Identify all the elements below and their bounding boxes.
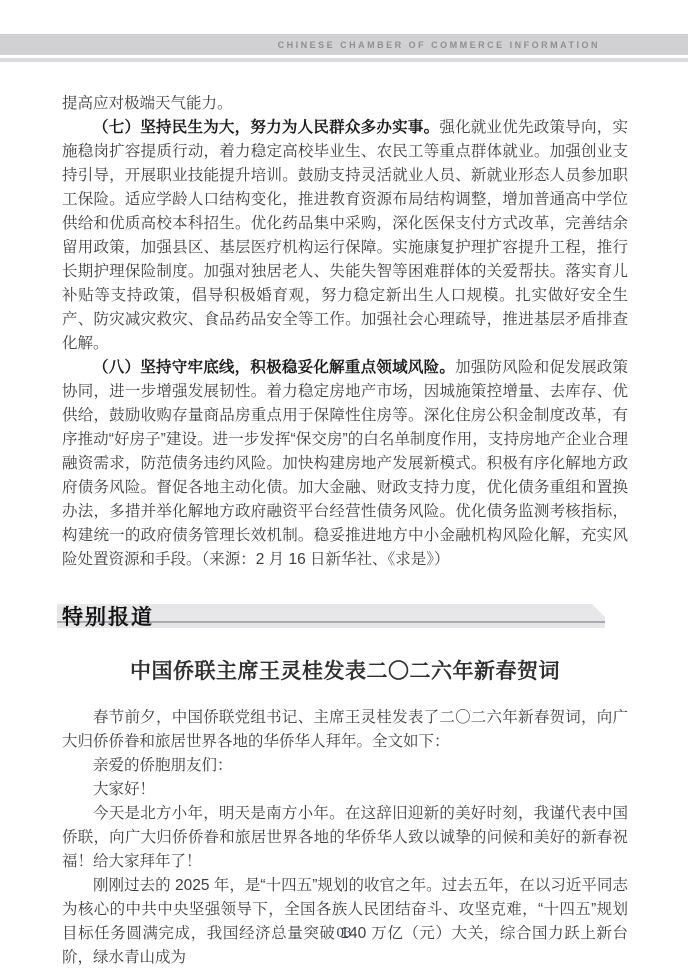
paragraph-continuation: 提高应对极端天气能力。	[62, 92, 628, 116]
paragraph-policy-7: （七）坚持民生为大，努力为人民群众多办实事。强化就业优先政策导向，实施稳岗扩容提…	[62, 116, 628, 356]
article-paragraph-3: 大家好！	[62, 778, 628, 802]
section-header-special-report: 特别报道	[57, 604, 605, 628]
paragraph-policy-7-lead: （七）坚持民生为大，努力为人民群众多办实事。	[93, 119, 439, 136]
paragraph-policy-8-lead: （八）坚持守牢底线，积极稳妥化解重点领域风险。	[93, 359, 455, 376]
paragraph-policy-8: （八）坚持守牢底线，积极稳妥化解重点领域风险。加强防风险和促发展政策协同，进一步…	[62, 356, 628, 572]
paragraph-policy-8-text: 加强防风险和促发展政策协同，进一步增强发展韧性。着力稳定房地产市场，因城施策控增…	[62, 359, 628, 568]
header-rule	[0, 58, 688, 62]
article-paragraph-2: 亲爱的侨胞朋友们：	[62, 754, 628, 778]
page-content: 提高应对极端天气能力。 （七）坚持民生为大，努力为人民群众多办实事。强化就业优先…	[62, 92, 628, 970]
article-paragraph-5: 刚刚过去的 2025 年，是“十四五”规划的收官之年。过去五年，在以习近平同志为…	[62, 874, 628, 970]
article-title: 中国侨联主席王灵桂发表二〇二六年新春贺词	[62, 658, 628, 686]
header-banner-text: CHINESE CHAMBER OF COMMERCE INFORMATION	[278, 40, 600, 50]
article-paragraph-1: 春节前夕，中国侨联党组书记、主席王灵桂发表了二〇二六年新春贺词，向广大归侨侨眷和…	[62, 706, 628, 754]
document-page: CHINESE CHAMBER OF COMMERCE INFORMATION …	[0, 0, 688, 971]
header-band: CHINESE CHAMBER OF COMMERCE INFORMATION	[0, 34, 688, 55]
paragraph-policy-7-text: 强化就业优先政策导向，实施稳岗扩容提质行动，着力稳定高校毕业生、农民工等重点群体…	[62, 119, 628, 352]
page-number: 03	[0, 925, 688, 942]
article-paragraph-4: 今天是北方小年，明天是南方小年。在这辞旧迎新的美好时刻，我谨代表中国侨联，向广大…	[62, 802, 628, 874]
section-label: 特别报道	[62, 601, 154, 631]
